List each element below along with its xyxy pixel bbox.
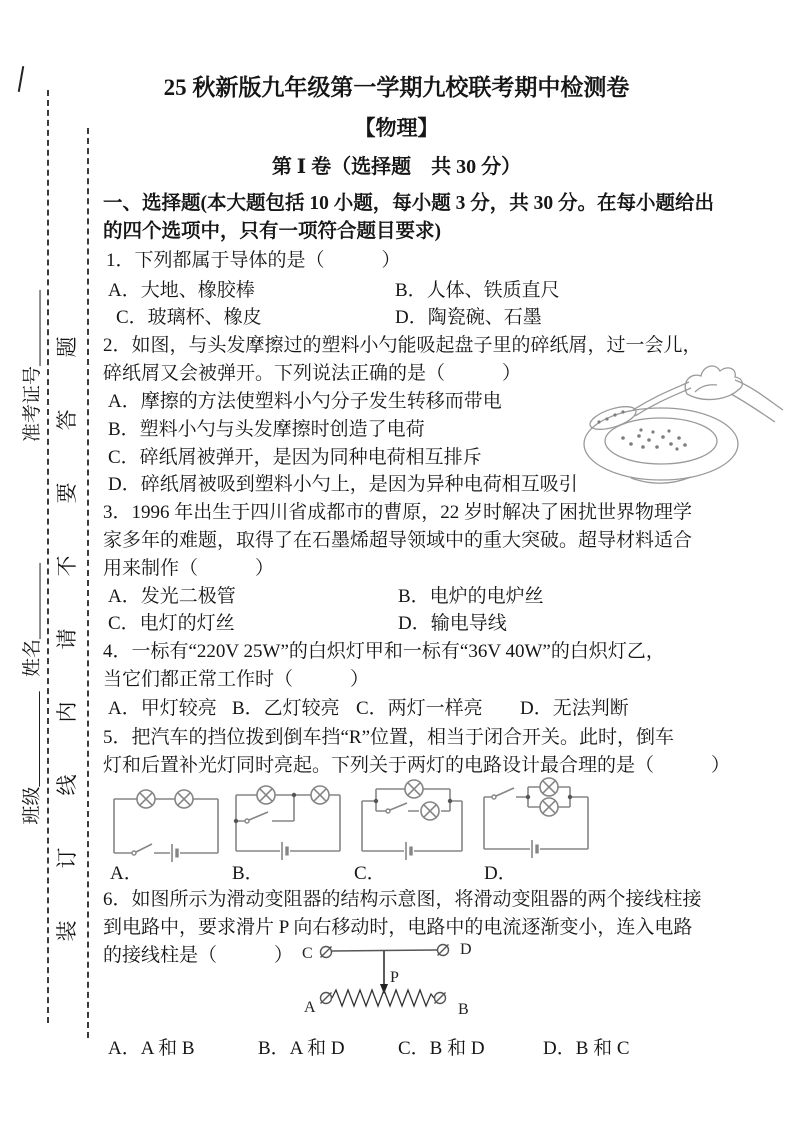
exam-paper-page: 装订线内请不要答题 准考证号________ 姓名________ 班级____… — [0, 0, 793, 1122]
q6-stem-line-3: 的接线柱是（ ） — [103, 944, 293, 968]
circuit-diagram-c — [350, 781, 472, 863]
q2-option-a: A．摩擦的方法使塑料小勺分子发生转移而带电 — [108, 390, 502, 414]
q1-option-d: D．陶瓷碗、石墨 — [395, 306, 542, 330]
q2-option-c: C．碎纸屑被弹开，是因为同种电荷相互排斥 — [108, 446, 482, 470]
corner-mark-line — [18, 66, 24, 92]
binding-dashed-line-left — [47, 90, 49, 1023]
q5-label-c: C． — [354, 862, 386, 886]
binding-dashed-line-right — [87, 128, 89, 1038]
terminal-label-b: B — [458, 1001, 469, 1018]
q5-stem-line-1: 5．把汽车的挡位拨到倒车挡“R”位置，相当于闭合开关。此时，倒车 — [103, 726, 674, 750]
q2-stem-line-2: 碎纸屑又会被弹开。下列说法正确的是（ ） — [103, 362, 521, 386]
q3-stem-line-2: 家多年的难题，取得了在石墨烯超导领域中的重大突破。超导材料适合 — [103, 529, 692, 553]
q2-option-b: B．塑料小勺与头发摩擦时创造了电荷 — [108, 418, 425, 442]
terminal-label-c: C — [302, 945, 313, 962]
q4-option-b: B．乙灯较亮 — [232, 697, 340, 721]
terminal-label-a: A — [304, 999, 316, 1016]
q3-option-b: B．电炉的电炉丝 — [398, 585, 544, 609]
q5-label-a: A． — [110, 862, 143, 886]
q2-option-d: D．碎纸屑被吸到塑料小勺上，是因为异种电荷相互吸引 — [108, 473, 578, 497]
q1-option-c: C．玻璃杯、橡皮 — [116, 306, 262, 330]
q6-option-a: A．A 和 B — [108, 1037, 195, 1061]
subject-title: 【物理】 — [90, 116, 703, 140]
section-heading: 第 Ⅰ 卷（选择题 共 30 分） — [90, 155, 703, 179]
q4-stem-line-2: 当它们都正常工作时（ ） — [103, 668, 369, 692]
class-label: 班级__________ — [19, 671, 47, 846]
exam-number-label: 准考证号________ — [19, 226, 47, 506]
q6-option-d: D．B 和 C — [543, 1037, 630, 1061]
slider-label-p: P — [390, 969, 399, 986]
binding-instruction-vertical: 装订线内请不要答题 — [53, 263, 81, 963]
q5-stem-line-2: 灯和后置补光灯同时亮起。下列关于两灯的电路设计最合理的是（ ） — [103, 754, 730, 778]
q3-option-d: D．输电导线 — [398, 612, 507, 636]
intro-line-1: 一、选择题(本大题包括 10 小题，每小题 3 分，共 30 分。在每小题给出 — [103, 192, 714, 216]
q3-stem-line-3: 用来制作（ ） — [103, 557, 274, 581]
q3-stem-line-1: 3．1996 年出生于四川省成都市的曹原，22 岁时解决了困扰世界物理学 — [103, 501, 692, 525]
intro-line-2: 的四个选项中，只有一项符合题目要求) — [103, 220, 441, 244]
rheostat-diagram: C D P A B — [288, 936, 498, 1020]
q4-option-a: A．甲灯较亮 — [108, 697, 217, 721]
q4-option-d: D．无法判断 — [520, 697, 629, 721]
q1-option-a: A．大地、橡胶棒 — [108, 279, 255, 303]
q6-option-c: C．B 和 D — [398, 1037, 485, 1061]
q1-option-b: B．人体、铁质直尺 — [395, 279, 560, 303]
circuit-diagram-b — [228, 781, 350, 863]
q6-stem-line-1: 6．如图所示为滑动变阻器的结构示意图，将滑动变阻器的两个接线柱接 — [103, 888, 702, 912]
circuit-diagram-d — [476, 779, 598, 861]
q3-option-a: A．发光二极管 — [108, 585, 236, 609]
q4-option-c: C．两灯一样亮 — [356, 697, 483, 721]
q1-stem: 1．下列都属于导体的是（ ） — [106, 249, 401, 273]
circuit-diagram-a — [106, 783, 228, 865]
q5-label-d: D． — [484, 862, 517, 886]
name-label: 姓名________ — [19, 555, 47, 685]
q6-option-b: B．A 和 D — [258, 1037, 345, 1061]
q3-option-c: C．电灯的灯丝 — [108, 612, 235, 636]
terminal-label-d: D — [460, 941, 472, 958]
spoon-plate-illustration — [583, 352, 793, 504]
q4-stem-line-1: 4．一标有“220V 25W”的白炽灯甲和一标有“36V 40W”的白炽灯乙， — [103, 640, 665, 664]
page-title: 25 秋新版九年级第一学期九校联考期中检测卷 — [90, 76, 703, 100]
q5-label-b: B． — [232, 862, 264, 886]
